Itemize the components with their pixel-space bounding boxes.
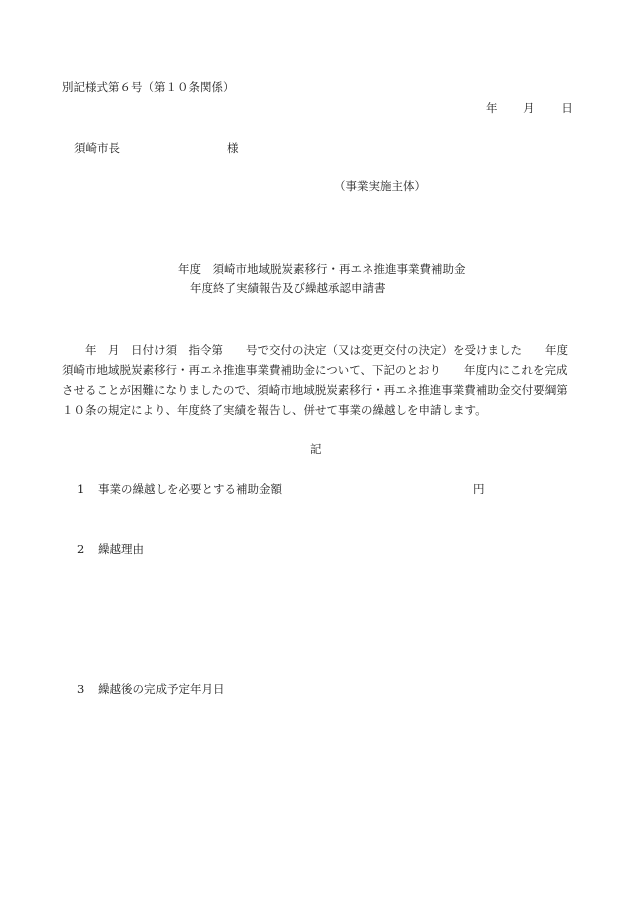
applicant-label: （事業実施主体） (334, 181, 426, 193)
item-2-label: 繰越理由 (98, 544, 144, 556)
item-3-label: 繰越後の完成予定年月日 (98, 684, 225, 696)
body-line: １０条の規定により、年度終了実績を報告し、併せて事業の繰越しを申請します。 (62, 400, 570, 420)
date-day: 日 (561, 103, 573, 115)
body-line: 須崎市地域脱炭素移行・再エネ推進事業費補助金について、下記のとおり 年度内にこれ… (62, 360, 570, 380)
item-1-number: 1 (77, 484, 84, 496)
date-year: 年 (486, 103, 498, 115)
form-number: 別記様式第６号（第１０条関係） (62, 82, 235, 94)
body-line: 年 月 日付け須 指令第 号で交付の決定（又は変更交付の決定）を受けました 年度 (62, 340, 570, 360)
document-title-line2: 年度終了実績報告及び繰越承認申請書 (190, 283, 386, 295)
item-1-unit: 円 (473, 484, 485, 496)
body-line: させることが困難になりましたので、須崎市地域脱炭素移行・再エネ推進事業費補助金交… (62, 380, 570, 400)
item-3-number: 3 (77, 684, 84, 696)
document-title-line1: 年度 須崎市地域脱炭素移行・再エネ推進事業費補助金 (178, 264, 466, 276)
date-line: 年 月 日 (486, 103, 573, 115)
item-2-number: 2 (77, 544, 84, 556)
date-month: 月 (523, 103, 535, 115)
note-heading: 記 (310, 444, 322, 456)
addressee: 須崎市長 (74, 143, 120, 155)
body-paragraph: 年 月 日付け須 指令第 号で交付の決定（又は変更交付の決定）を受けました 年度… (62, 340, 570, 420)
honorific: 様 (227, 143, 239, 155)
item-1-label: 事業の繰越しを必要とする補助金額 (98, 484, 282, 496)
